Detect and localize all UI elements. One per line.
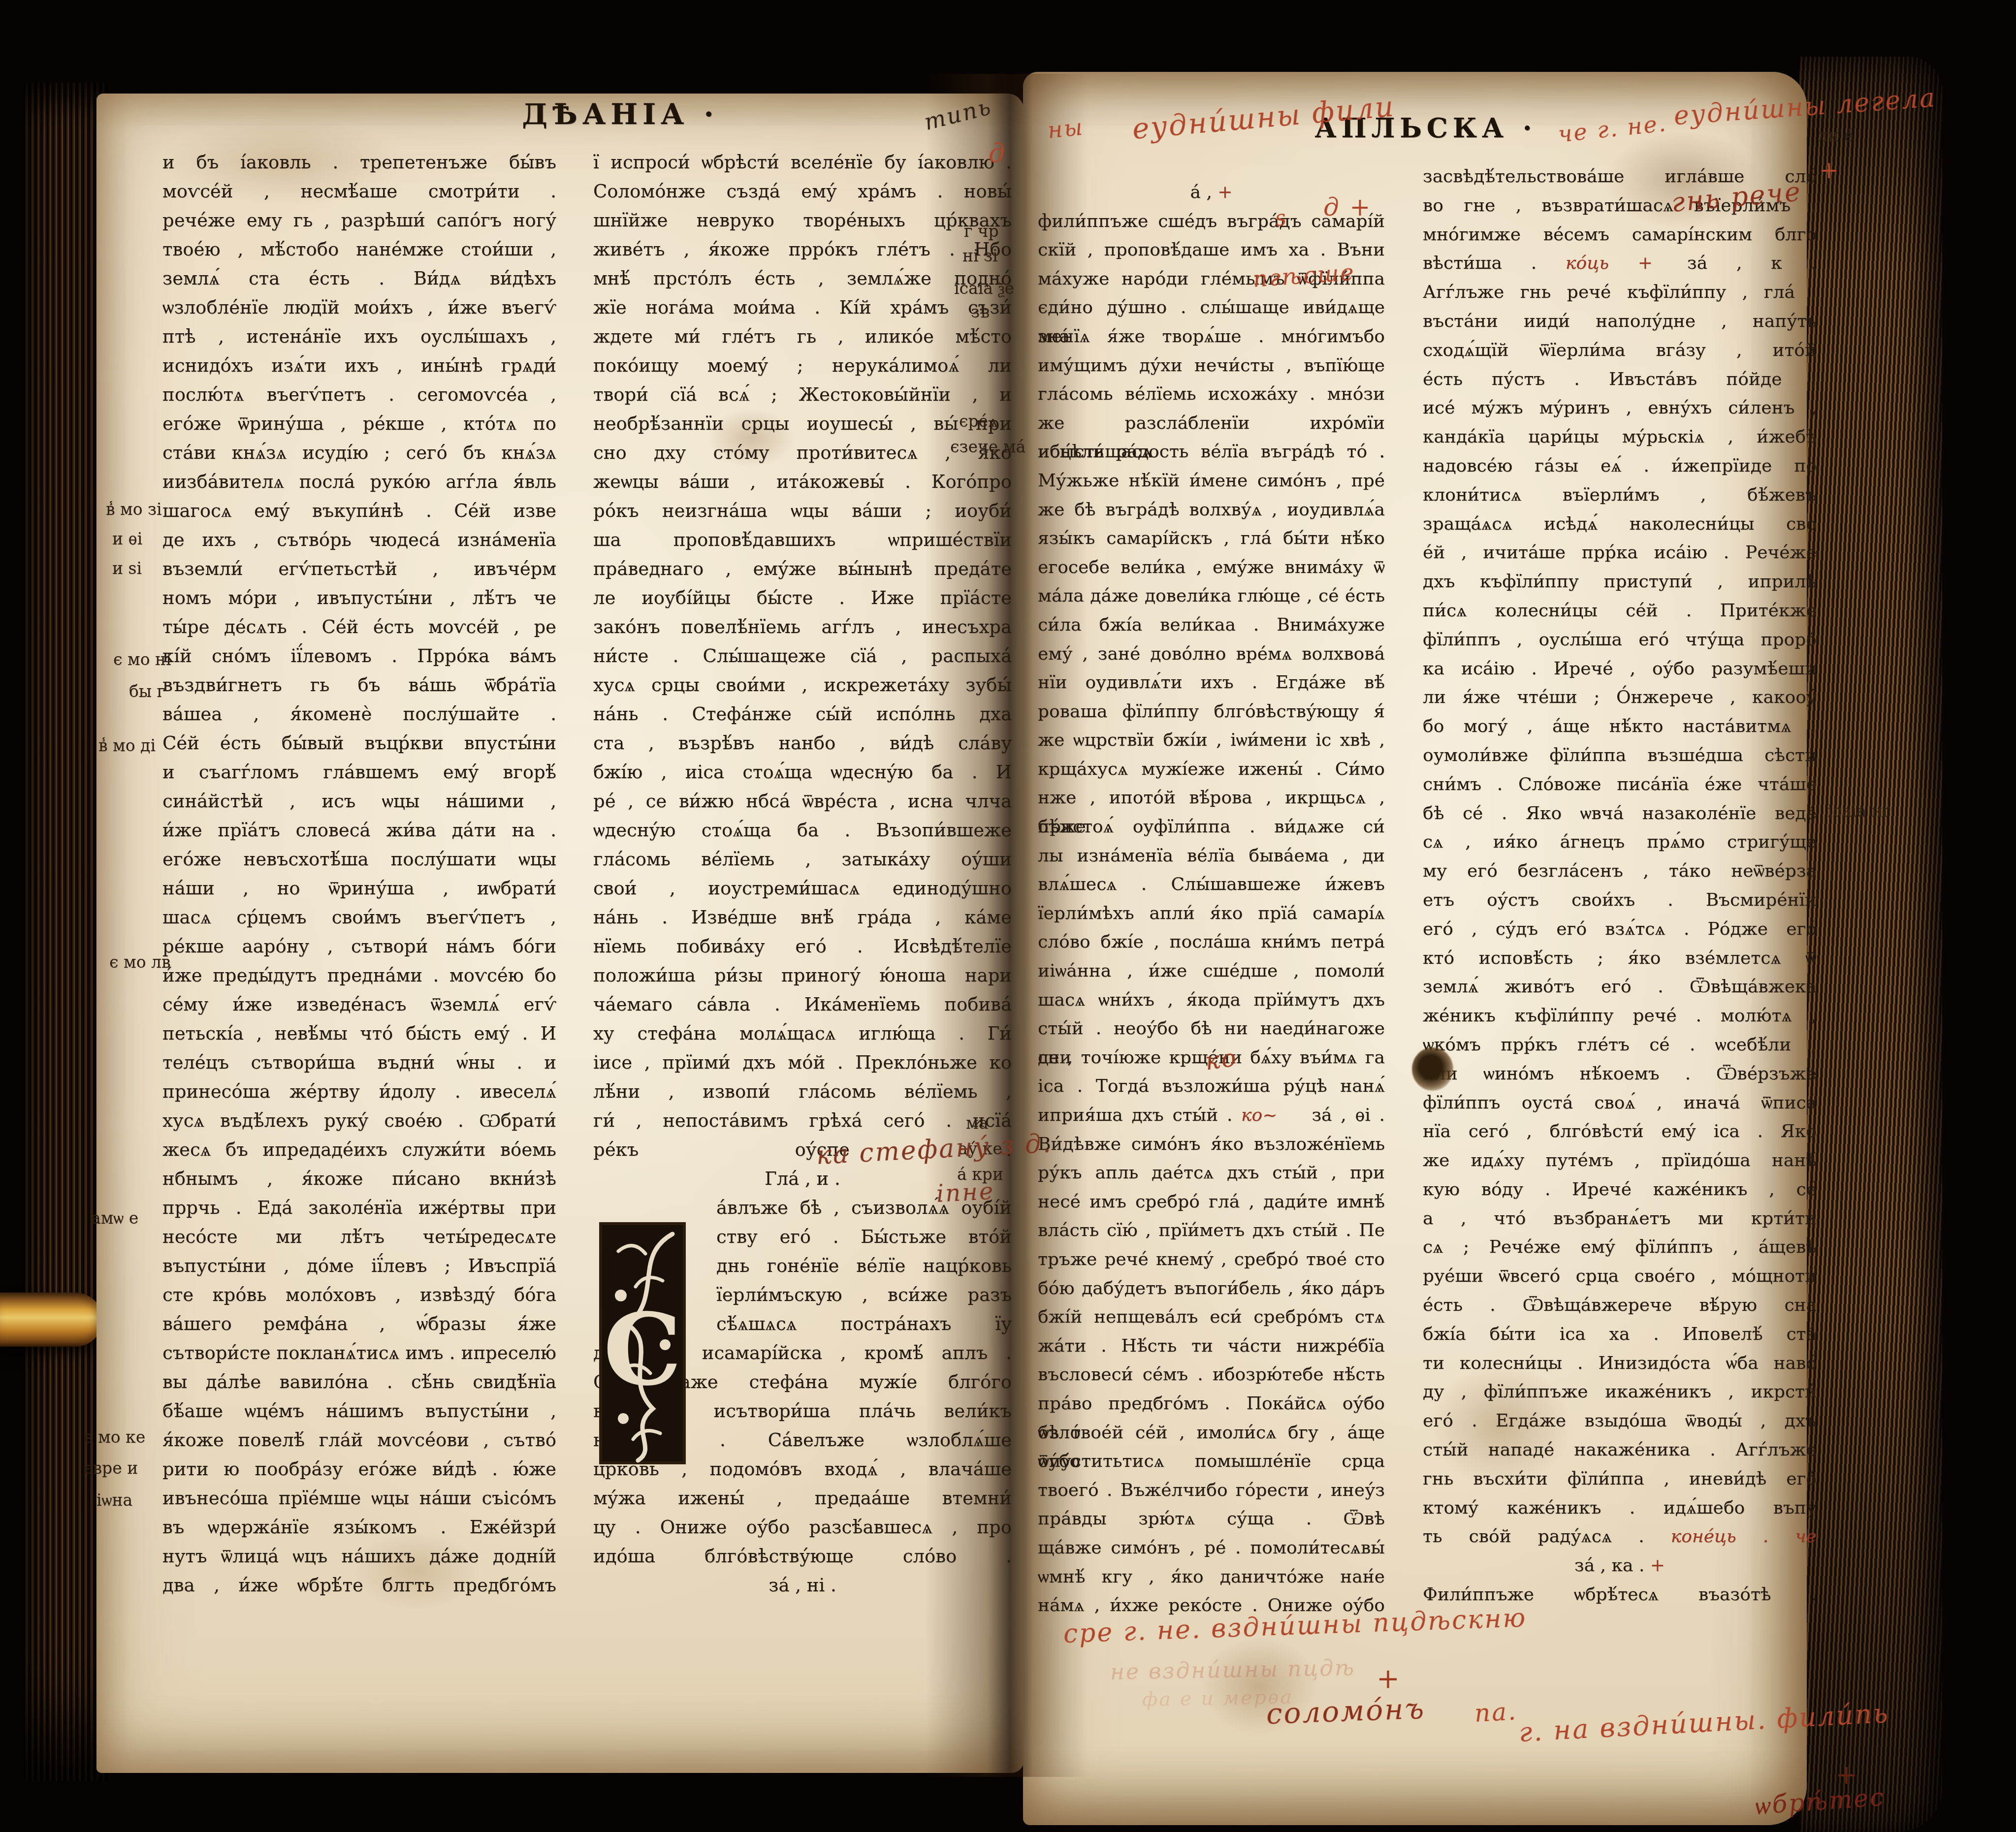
right-page-column-2: засвѣдѣ́тельствова́ше игла́вше сло́во гн…	[1423, 162, 1817, 1610]
handwritten-annotation: не вздни́шны пцдѣ	[1110, 1655, 1356, 1685]
text-line: его́же ѿрину́ша , ре́кше , кто́тѧ по	[162, 409, 556, 438]
text-line: ктому́ каже́никъ . идѧ́шебо въпу́	[1423, 1494, 1817, 1523]
text-line: хусѧ въдѣ́лехъ руку́ свое́ю . Ѡбрати́	[162, 1106, 556, 1135]
text-line: сте кро́вь моло́ховъ , извѣзду́ бо́га	[162, 1280, 556, 1309]
text-line: иизба́вителѧ посла́ руко́ю агѓла я́вль	[162, 467, 556, 496]
text-line: мно́гимже ве́семъ самарі́нским блго	[1423, 221, 1817, 250]
margin-note: євре и	[84, 1458, 138, 1478]
text-line: и съагѓломъ гла́вшемъ ему́ вгорѣ́	[162, 758, 556, 787]
text-line: клони́тисѧ въїерли́мъ , бѣ́жевъ	[1423, 481, 1817, 510]
text-line: етъ оу́стъ свои́хъ . Въсмире́нїи	[1423, 886, 1817, 915]
text-line: ле иоубі́йцы бы́сте . Иже прїа́сте	[593, 583, 1012, 612]
text-line: ивънесо́ша прїе́мше ѡцы на́ши съісо́мъ	[162, 1484, 556, 1513]
text-line: и́же преды́дутъ предна́ми . моѵсе́ю бо	[162, 961, 556, 990]
text-line: несо́сте ми лѣ́тъ четы́редесѧте	[162, 1222, 556, 1251]
text-line: лы изна́менїа ве́лїа быва́ема , ди	[1038, 842, 1385, 871]
margin-note: бы г	[129, 682, 165, 701]
text-line: сѧ , ия́ко а́гнецъ прѧ́мо стригу́ще	[1423, 828, 1817, 857]
rubric-inline: ко́ць +	[1536, 253, 1653, 273]
text-line: руе́ши ѿвсего́ срца свое́го , мо́щноти́	[1423, 1262, 1817, 1291]
text-line: бо́ю дабу́детъ въпоги́бель , я́ко да́ръ	[1038, 1274, 1385, 1303]
text-line: рече́же ему гь , разрѣши́ сапо́гъ ногу́	[162, 206, 556, 235]
text-line: ста , възрѣ́въ нанбо , ви́дѣ сла́ву	[593, 728, 1012, 758]
text-line: се́му и́же изведе́насъ ѿземлѧ́ егѵ́	[162, 990, 556, 1019]
text-line: е́сть . Ѿвѣща́вжерече вѣ́рую сна	[1423, 1291, 1817, 1320]
text-line: Се́й е́сть бы́вый въцр́кви впусты́ни	[162, 728, 556, 758]
text-line: гла́сомь ве́лїемь исхожа́ху . мно́зи	[1038, 380, 1385, 409]
margin-note: амѡ е	[91, 1208, 138, 1228]
text-line: ста́ви кнѧ́зѧ исуді́ю ; сего́ бъ кнѧ́зѧ	[162, 438, 556, 467]
text-line: ему́ , зане́ дово́лно вре́мѧ волхвова́	[1038, 640, 1385, 669]
text-line: ги́ , непоста́вимъ грѣха́ сего́ . исїа́	[593, 1106, 1012, 1135]
margin-note: зѣ	[971, 302, 990, 321]
text-line: моѵсе́й , несмѣ́аше смотри́ти .	[162, 177, 556, 206]
text-line: ибы́сть ра́дость ве́лїа въгра́дѣ то́ .	[1038, 438, 1385, 467]
text-line: зако́нъ повелѣ́нїемь агѓлъ , инесъхра	[593, 612, 1012, 641]
section-marker: за́ , ѳі .	[1277, 1105, 1385, 1125]
text-line: пррчь . Еда́ заколе́нїа иже́ртвы при	[162, 1193, 556, 1222]
text-line: крща́хусѧ мужі́еже ижены́ . Си́мо	[1038, 755, 1385, 784]
woodcut-initial-letter: С	[599, 1222, 686, 1465]
handwritten-annotation: соломо́нъ	[1266, 1692, 1426, 1731]
margin-note: в мо ке	[84, 1427, 145, 1447]
handwritten-annotation: ны	[1046, 113, 1085, 143]
text-line: необрѣ́заннїи срцы иоушесы́ , вы́ при	[593, 409, 1012, 438]
text-line: лѣ́ни , извопи́ гла́сомь ве́лїемь ,	[593, 1077, 1012, 1106]
text-line: землѧ́ ста е́сть . Ви́дѧ ви́дѣхъ	[162, 264, 556, 293]
text-line: же идѧ́ху путе́мъ , прїидо́ша нанѣ́	[1423, 1146, 1817, 1175]
margin-note: єре́ѧ	[959, 411, 998, 431]
right-page-column-1: а́ , +фили́ппъже сше́дъ въгра́дъ самарі́…	[1038, 178, 1385, 1620]
text-line: ѡзлобле́нїе людїй мои́хъ , и́же въегѵ́	[162, 293, 556, 322]
margin-note: г чр	[964, 221, 999, 241]
text-line: въ ѡдержа́нїе язы́комъ . Еже́йзри́	[162, 1513, 556, 1542]
text-line: бжі́а бы́ти іса ха . Иповелѣ́ ста́	[1423, 1320, 1817, 1349]
text-line: нїемь побива́ху его́ . Исвѣдѣ́телїе	[593, 932, 1012, 961]
rubric-inline: +	[1212, 182, 1233, 202]
text-line: положи́ша ри́зы приногу́ ю́ноша нари	[593, 961, 1012, 990]
text-line: ша проповѣ́давшихъ ѡприше́ствїи	[593, 525, 1012, 554]
text-line: шагосѧ ему́ въкупи́нѣ . Се́й изве	[162, 496, 556, 525]
text-line: же бѣ въгра́дѣ волхву́ѧ , иоудивлѧ́а	[1038, 496, 1385, 525]
text-line: надовсе́ю га́зы еѧ́ . и́жепрїиде по	[1423, 452, 1817, 481]
margin-note: и ѕі	[112, 559, 142, 578]
text-line: ча́емаго са́вла . Ика́менїемь побива́	[593, 990, 1012, 1019]
text-line: пристоѧ́ оуфїли́ппа . ви́дѧже си́	[1038, 813, 1385, 842]
text-line: е́сть пу́стъ . Ивъста́въ по́йде ,	[1423, 365, 1817, 394]
text-line: ду , фїли́ппъже икаже́никъ , икрсти́	[1423, 1378, 1817, 1407]
text-line: ка иса́ію . Ирече́ , оу́бо разумѣ́еши	[1423, 655, 1817, 684]
text-line: ѿпу́ститьтисѧ помышле́нїе срца	[1038, 1447, 1385, 1476]
rubric-inline: коне́ць . че	[1644, 1526, 1817, 1547]
handwritten-annotation: па.	[1473, 1697, 1518, 1727]
text-line: ре́кше ааро́ну , сътвори́ на́мъ бо́ги	[162, 932, 556, 961]
text-line: бѣ се́ . Яко ѡвча́ назаколе́нїе веде́	[1423, 799, 1817, 828]
text-line: шасѧ ср́цемъ свои́мъ въегѵ́петъ ,	[162, 903, 556, 932]
text-line: землѧ́ живо́тъ его́ . Ѿвѣща́вжека	[1423, 973, 1817, 1002]
text-line: фїли́ппъ оуста́ своѧ́ , инача́ ѿписа́	[1423, 1089, 1817, 1118]
rubric-inline: ко~	[1232, 1105, 1277, 1125]
initial-letter-glyph: С	[603, 1292, 681, 1408]
text-line: птѣ , истена́нїе ихъ оуслы́шахъ ,	[162, 322, 556, 351]
margin-note: в̾ мо зі	[106, 500, 162, 519]
margin-note: є мо лв	[109, 952, 171, 972]
text-line: егосебе вели́ка , ему́же внима́ху ѿ	[1038, 553, 1385, 582]
text-line: сло́во бжі́е , посла́ша кни́мъ петра́	[1038, 928, 1385, 957]
text-line: жесѧ бъ ипредаде́ихъ служи́ти во́емь	[162, 1135, 556, 1164]
text-line: ть сво́й раду́ѧсѧ . коне́ць . че	[1423, 1522, 1817, 1551]
text-line: іисе , прїими́ дхъ мо́й . Прекло́ньже ко	[593, 1048, 1012, 1077]
text-line: ни́сте . Слы́шащеже сїа́ , распыха́	[593, 641, 1012, 670]
text-line: поко́ищу моему́ ; нерука́лимоѧ́ ли	[593, 351, 1012, 380]
text-line: и́ли ѡино́мъ нѣ́коемъ . Ѿве́рзъже	[1423, 1060, 1817, 1089]
text-line: бо могу́ , а́ще нѣ́кто наста́витмѧ ;	[1423, 712, 1817, 741]
text-line: на́нь . Стефа́нже сы́й испо́лнь дха	[593, 699, 1012, 728]
text-line: пи́сѧ колесни́цы се́й . Прите́кже	[1423, 597, 1817, 626]
text-line: иприя́ша дхъ сты́й . ко~за́ , ѳі .	[1038, 1101, 1385, 1130]
text-line: на́нь . Изве́дше внѣ́ гра́да , ка́ме	[593, 903, 1012, 932]
margin-note: в̾ мо ді	[98, 736, 156, 755]
text-line: ре́ , се ви́жю нбса́ ѿвре́ста , исна члч…	[593, 787, 1012, 816]
text-line: мнѣ́ прсто́лъ е́сть , землѧ́же подно́	[593, 264, 1012, 293]
handwritten-annotation: +	[1819, 157, 1840, 184]
text-line: ты́ре де́сѧть . Се́й е́сть моѵсе́й , ре	[162, 612, 556, 641]
text-line: рити ю пообра́зу его́же ви́дѣ . ю́же	[162, 1454, 556, 1484]
text-line: їерли́мѣхъ апли́ я́ко прїа́ самарі́ѧ	[1038, 899, 1385, 928]
text-line: ва́шеа , я́коменѐ послу́шайте .	[162, 699, 556, 728]
margin-note: єзече ма́	[950, 437, 1025, 456]
text-line: де ихъ , сътво́рь чюдеса́ изна́менїа	[162, 525, 556, 554]
text-line: ма́ла да́же довели́ка глю́ще , се́ е́сть	[1038, 582, 1385, 611]
text-line: гнь въсхи́ти фїли́ппа , иневи́дѣ его́	[1423, 1465, 1817, 1494]
text-line: ху стефа́на молѧ́щасѧ иглю́ща . Ги́	[593, 1019, 1012, 1048]
text-line: а , что́ възбранѧ́етъ ми крти́ти	[1423, 1204, 1817, 1233]
margin-note: ісаіа ѯе	[954, 279, 1014, 298]
handwritten-annotation: +	[1835, 1759, 1859, 1790]
text-line: гла́сомь ве́лїемь , затыка́ху оу́ши	[593, 845, 1012, 874]
text-line: пра́вды зрю́тѧ су́ща . Ѿвѣ	[1038, 1505, 1385, 1534]
text-line: же́никъ къфїли́ппу рече́ . молю́тѧ ,	[1423, 1002, 1817, 1031]
text-line: два , и́же ѡбрѣ́те блгть предбго́мъ	[162, 1571, 556, 1600]
text-line: ѡмнѣ́ кгу , я́ко даничто́же нан́е	[1038, 1563, 1385, 1592]
text-line: жїе нога́ма мои́ма . Кі́й хра́мъ съзи́	[593, 293, 1012, 322]
text-line: и́же прїа́тъ словеса́ жи́ва да́ти на .	[162, 816, 556, 845]
text-line: ї испроси́ ѡбрѣсти́ вселе́нїе бу і́аковл…	[593, 148, 1012, 177]
text-line: сина́йстѣй , исъ ѡцы на́шими ,	[162, 787, 556, 816]
text-line: сътвори́сте покланѧ́тисѧ имъ . ипреселю́	[162, 1338, 556, 1367]
text-line: ща́вже симо́нъ , ре́ . помоли́тесѧвы́	[1038, 1534, 1385, 1563]
text-line: сты́й . неоу́бо бѣ ни наеди́нагоже сни	[1038, 1014, 1385, 1043]
right-fore-edge-stack	[1799, 57, 1942, 1832]
text-line: ва́шего ремфа́на , ѡ́бразы я́же	[162, 1309, 556, 1338]
text-line: бжі́ю , иіса стоѧ́ща ѡдесну́ю ба . И	[593, 758, 1012, 787]
text-line: твори́ сїа́ всѧ́ ; Жестоковы́йнїи , и	[593, 380, 1012, 409]
text-line: иснидо́хъ изѧ́ти ихъ , ины́нѣ грѧди́	[162, 351, 556, 380]
text-line: бѣ твое́й се́й , имоли́сѧ бгу , а́ще оу́…	[1038, 1419, 1385, 1448]
text-line: свои́ , иоустреми́шасѧ единоду́шно	[593, 874, 1012, 903]
text-line: же ѡцрствїи бжі́и , іѡи́мени іс хвѣ ,	[1038, 726, 1385, 755]
text-line: зраща́ѧсѧ исѣдѧ́ наколесни́цы сво	[1423, 510, 1817, 539]
text-line: тръже рече́ кнему́ , сребро́ твое́ сто	[1038, 1245, 1385, 1274]
text-line: му его́ безгла́сенъ , та́ко неѿве́рза	[1423, 857, 1817, 886]
text-line: язы́къ самарі́йскъ , гла́ бы́ти нѣ́ко	[1038, 524, 1385, 553]
margin-note: іѡна	[96, 1490, 132, 1510]
text-line: въздви́гнетъ гь бъ ва́шь ѿбра́тїа	[162, 670, 556, 699]
text-line: послю́тѧ въегѵ́петъ . сегомоѵсе́а ,	[162, 380, 556, 409]
text-line: твоего́ . Въже́лчибо го́рести , инеу́з	[1038, 1476, 1385, 1505]
text-line: иму́щимъ ду́хи нечи́сты , въпїю́ще	[1038, 351, 1385, 380]
running-title-left: ДѢАНІА ·	[502, 97, 738, 131]
text-line: его́же невъсхотѣ́ша послу́шати ѡцы	[162, 845, 556, 874]
text-line: ру́къ апль дае́тсѧ дхъ сты́й , при	[1038, 1159, 1385, 1188]
text-line: же разсла́бленїи ихро́мїи исцѣли́шасѧ .	[1038, 409, 1385, 438]
text-line: я́коже повелѣ́ гла́й моѵсе́ови , сътво́	[162, 1425, 556, 1454]
margin-note: ісаіа нг	[1827, 801, 1891, 821]
text-line: бжі́й непщева́лъ еси́ сребро́мъ стѧ	[1038, 1303, 1385, 1332]
handwritten-annotation: іпне	[936, 1177, 995, 1208]
text-line: цу . Ониже оу́бо разсѣ́авшесѧ , про	[593, 1513, 1012, 1542]
text-line: шасѧ ѡни́хъ , я́кода прїи́мутъ дхъ	[1038, 986, 1385, 1015]
text-line: фїли́ппъ , оуслы́ша его́ чту́ща проро́	[1423, 626, 1817, 655]
text-line: въпусты́ни , до́ме ії́левъ ; Ивъспрїа́	[162, 1251, 556, 1280]
margin-note: є мо ні	[113, 650, 171, 669]
text-line: менїѧ я́же творѧ́ше . мно́гимъбо	[1038, 322, 1385, 351]
text-line: вла́сть сїю́ , прїи́метъ дхъ сты́й . Пе	[1038, 1216, 1385, 1245]
text-line: му́жа ижены́ , предаа́ше втемни́	[593, 1484, 1012, 1513]
text-line: теле́цъ сътвори́ша въдни́ ѡ́ны . и	[162, 1048, 556, 1077]
text-line: въсловеси́ се́мъ . ибозрю́тебе нѣ́сть	[1038, 1360, 1385, 1390]
text-line: живе́тъ , я́коже прро́къ гле́тъ . Нбо	[593, 235, 1012, 264]
text-line: влѧ́шесѧ . Слы́шавшеже и́жевъ	[1038, 870, 1385, 899]
text-line: за́ , ка . +	[1423, 1551, 1817, 1580]
text-line: роваша фїли́ппу блго́вѣству́ющу я́	[1038, 697, 1385, 726]
text-line: идо́ша блго́вѣству́юще сло́во .	[593, 1542, 1012, 1571]
margin-note: ні зі	[962, 246, 998, 265]
text-line: и бъ і́аковль . трепетенъже бы́въ	[162, 148, 556, 177]
handwritten-annotation: д +	[1323, 193, 1372, 221]
text-line: кую во́ду . Ирече́ каже́никъ , се́	[1423, 1175, 1817, 1204]
text-line: сни́мъ . Сло́воже писа́нїа е́же чта́ше	[1423, 770, 1817, 799]
text-line: кі́й сно́мъ ії́левомъ . Прро́ка ва́мъ	[162, 641, 556, 670]
text-line: принесо́ша же́ртву и́долу . ивеселѧ́	[162, 1077, 556, 1106]
text-line: Му́жьже нѣ́кїй и́мене симо́нъ , пре́	[1038, 467, 1385, 496]
wooden-bookmark-stick[interactable]	[0, 1293, 102, 1347]
text-line: хусѧ срцы свои́ми , искрежета́ху зубы́	[593, 670, 1012, 699]
text-line: ждете ми́ гле́тъ гь , илико́е мѣ́сто	[593, 322, 1012, 351]
text-line: жа́ти . Нѣ́сть ти ча́сти нижре́бїа	[1038, 1332, 1385, 1361]
text-line: его́ , су́дъ его́ взѧ́тсѧ . Ро́дже его́	[1423, 915, 1817, 944]
text-line: єди́но ду́шно . слы́шаще иви́дѧще зна́	[1038, 293, 1385, 322]
handwritten-annotation: д	[989, 139, 1006, 168]
text-line: нїа сего́ , блго́вѣсти́ ему́ іса . Яко	[1423, 1117, 1817, 1146]
text-line: ѡдесну́ю стоѧ́ща ба . Възопи́вшеже	[593, 816, 1012, 845]
text-line: ро́къ неизгна́ша ѡцы ва́ши ; иоуби́	[593, 496, 1012, 525]
ink-blot	[1412, 1047, 1453, 1091]
text-line: нже , ипото́й вѣ́рова , икрщьсѧ , бѣ́же	[1038, 784, 1385, 813]
text-line: вы да́лѣе вавило́на . сѣ́нь свидѣ́нїа	[162, 1367, 556, 1396]
text-line: іса . Тогда́ възложи́ша ру́цѣ нанѧ́	[1038, 1072, 1385, 1101]
margin-note: ма	[966, 1113, 988, 1133]
text-line: за́ , ні .	[593, 1571, 1012, 1600]
text-line: пра́во предбго́мъ . Пока́йсѧ оу́бо ѡзло́	[1038, 1390, 1385, 1419]
margin-note: ли е́	[1818, 126, 1854, 145]
text-line: нутъ ѿлица́ ѡцъ на́шихъ да́же додні́й	[162, 1542, 556, 1571]
text-line: ли я́же чте́ши ; О́нжерече , какооу́	[1423, 683, 1817, 712]
text-line: жеѡцы ва́ши , ита́кожевы́ . Кого́про	[593, 467, 1012, 496]
text-line: въста́ни ииди́ наполу́дне , напу́ть	[1423, 307, 1817, 336]
section-marker: за́ , к .	[1653, 253, 1817, 273]
text-line: нбнымъ , я́коже пи́сано вкни́зѣ	[162, 1164, 556, 1193]
text-line: оумоли́вже фїли́ппа възше́дша сѣсти	[1423, 741, 1817, 770]
text-line: иіѡа́нна , и́же сше́дше , помоли́	[1038, 957, 1385, 986]
text-line: Ви́дѣвже симо́нъ я́ко възложе́нїемь	[1038, 1130, 1385, 1159]
handwritten-annotation: ко	[1203, 1043, 1239, 1076]
text-line: сты́й нападе́ накаже́ника . Агѓлъже	[1423, 1436, 1817, 1465]
text-line: шнїйже невруко творе́ныхъ цр́квахъ	[593, 206, 1012, 235]
text-line: сѧ ; Рече́же ему́ фїли́ппъ , а́щевѣ	[1423, 1233, 1817, 1262]
margin-note: и ѳі	[112, 529, 142, 548]
text-line: кто́ исповѣ́сть ; я́ко взе́млетсѧ ѿ	[1423, 944, 1817, 973]
text-line: Соломо́нже създа́ ему́ хра́мъ . новы́	[593, 177, 1012, 206]
text-line: пра́веднаго , ему́же вы́нынѣ преда́те	[593, 554, 1012, 583]
text-line: петьскі́а , невѣ́мы что́ бы́сть ему́ . И	[162, 1019, 556, 1048]
text-line: ѡко́мъ прр́къ гле́тъ се́ . ѡсебѣ́ли ,	[1423, 1031, 1817, 1060]
left-page-edge-stack	[24, 83, 108, 1781]
text-line: въземли́ егѵ́петьстѣй , ивъче́рм	[162, 554, 556, 583]
text-line: твое́ю , мѣ́стобо нане́мже стои́ши ,	[162, 235, 556, 264]
text-line: на́ши , но ѿрину́ша , иѡбрати́	[162, 874, 556, 903]
handwritten-annotation: +	[1376, 1663, 1401, 1695]
left-page-column-1: и бъ і́аковль . трепетенъже бы́въмоѵсе́й…	[162, 148, 556, 1600]
text-line: Агѓлъже гнь рече́ къфїли́ппу , гла́ ,	[1423, 278, 1817, 307]
text-line: несе́ имъ сребро́ гла́ , дади́те имнѣ́	[1038, 1188, 1385, 1217]
text-line: номъ мо́ри , ивъпусты́ни , лѣ́тъ че	[162, 583, 556, 612]
text-line: нїи оудивлѧ́ти ихъ . Егда́же вѣ́	[1038, 668, 1385, 697]
text-line: си́ла бжі́а вели́каа . Внима́хуже	[1038, 611, 1385, 640]
text-line: ти колесни́цы . Инизидо́ста ѡ́ба наво́	[1423, 1349, 1817, 1378]
text-line: исе́ му́жъ му́ринъ , евну́хъ си́ленъ ,	[1423, 394, 1817, 423]
text-line: сно дху сто́му проти́витесѧ , я́ко	[593, 438, 1012, 467]
text-line: е́й , ичита́ше прр́ка иса́ію . Рече́же	[1423, 538, 1817, 568]
text-line: дхъ къфїли́ппу приступи́ , иприлѣ	[1423, 568, 1817, 597]
text-line: канда́кїа цари́цы му́рьскіѧ , и́жебѣ	[1423, 423, 1817, 452]
text-line: сходѧ́щїй ѿїерли́ма вга́зу , ито́й	[1423, 336, 1817, 365]
text-line: вѣсти́ша . ко́ць +за́ , к .	[1423, 249, 1817, 278]
text-line: его́ . Егда́же взыдо́ша ѿводы́ , дхъ	[1423, 1407, 1817, 1436]
photo-of-open-antique-book: { "colors": { "background": "#060302", "…	[0, 0, 2016, 1832]
text-line: бѣ́аше ѡце́мъ на́шимъ въпусты́ни ,	[162, 1396, 556, 1425]
rubric-inline: +	[1644, 1555, 1665, 1576]
